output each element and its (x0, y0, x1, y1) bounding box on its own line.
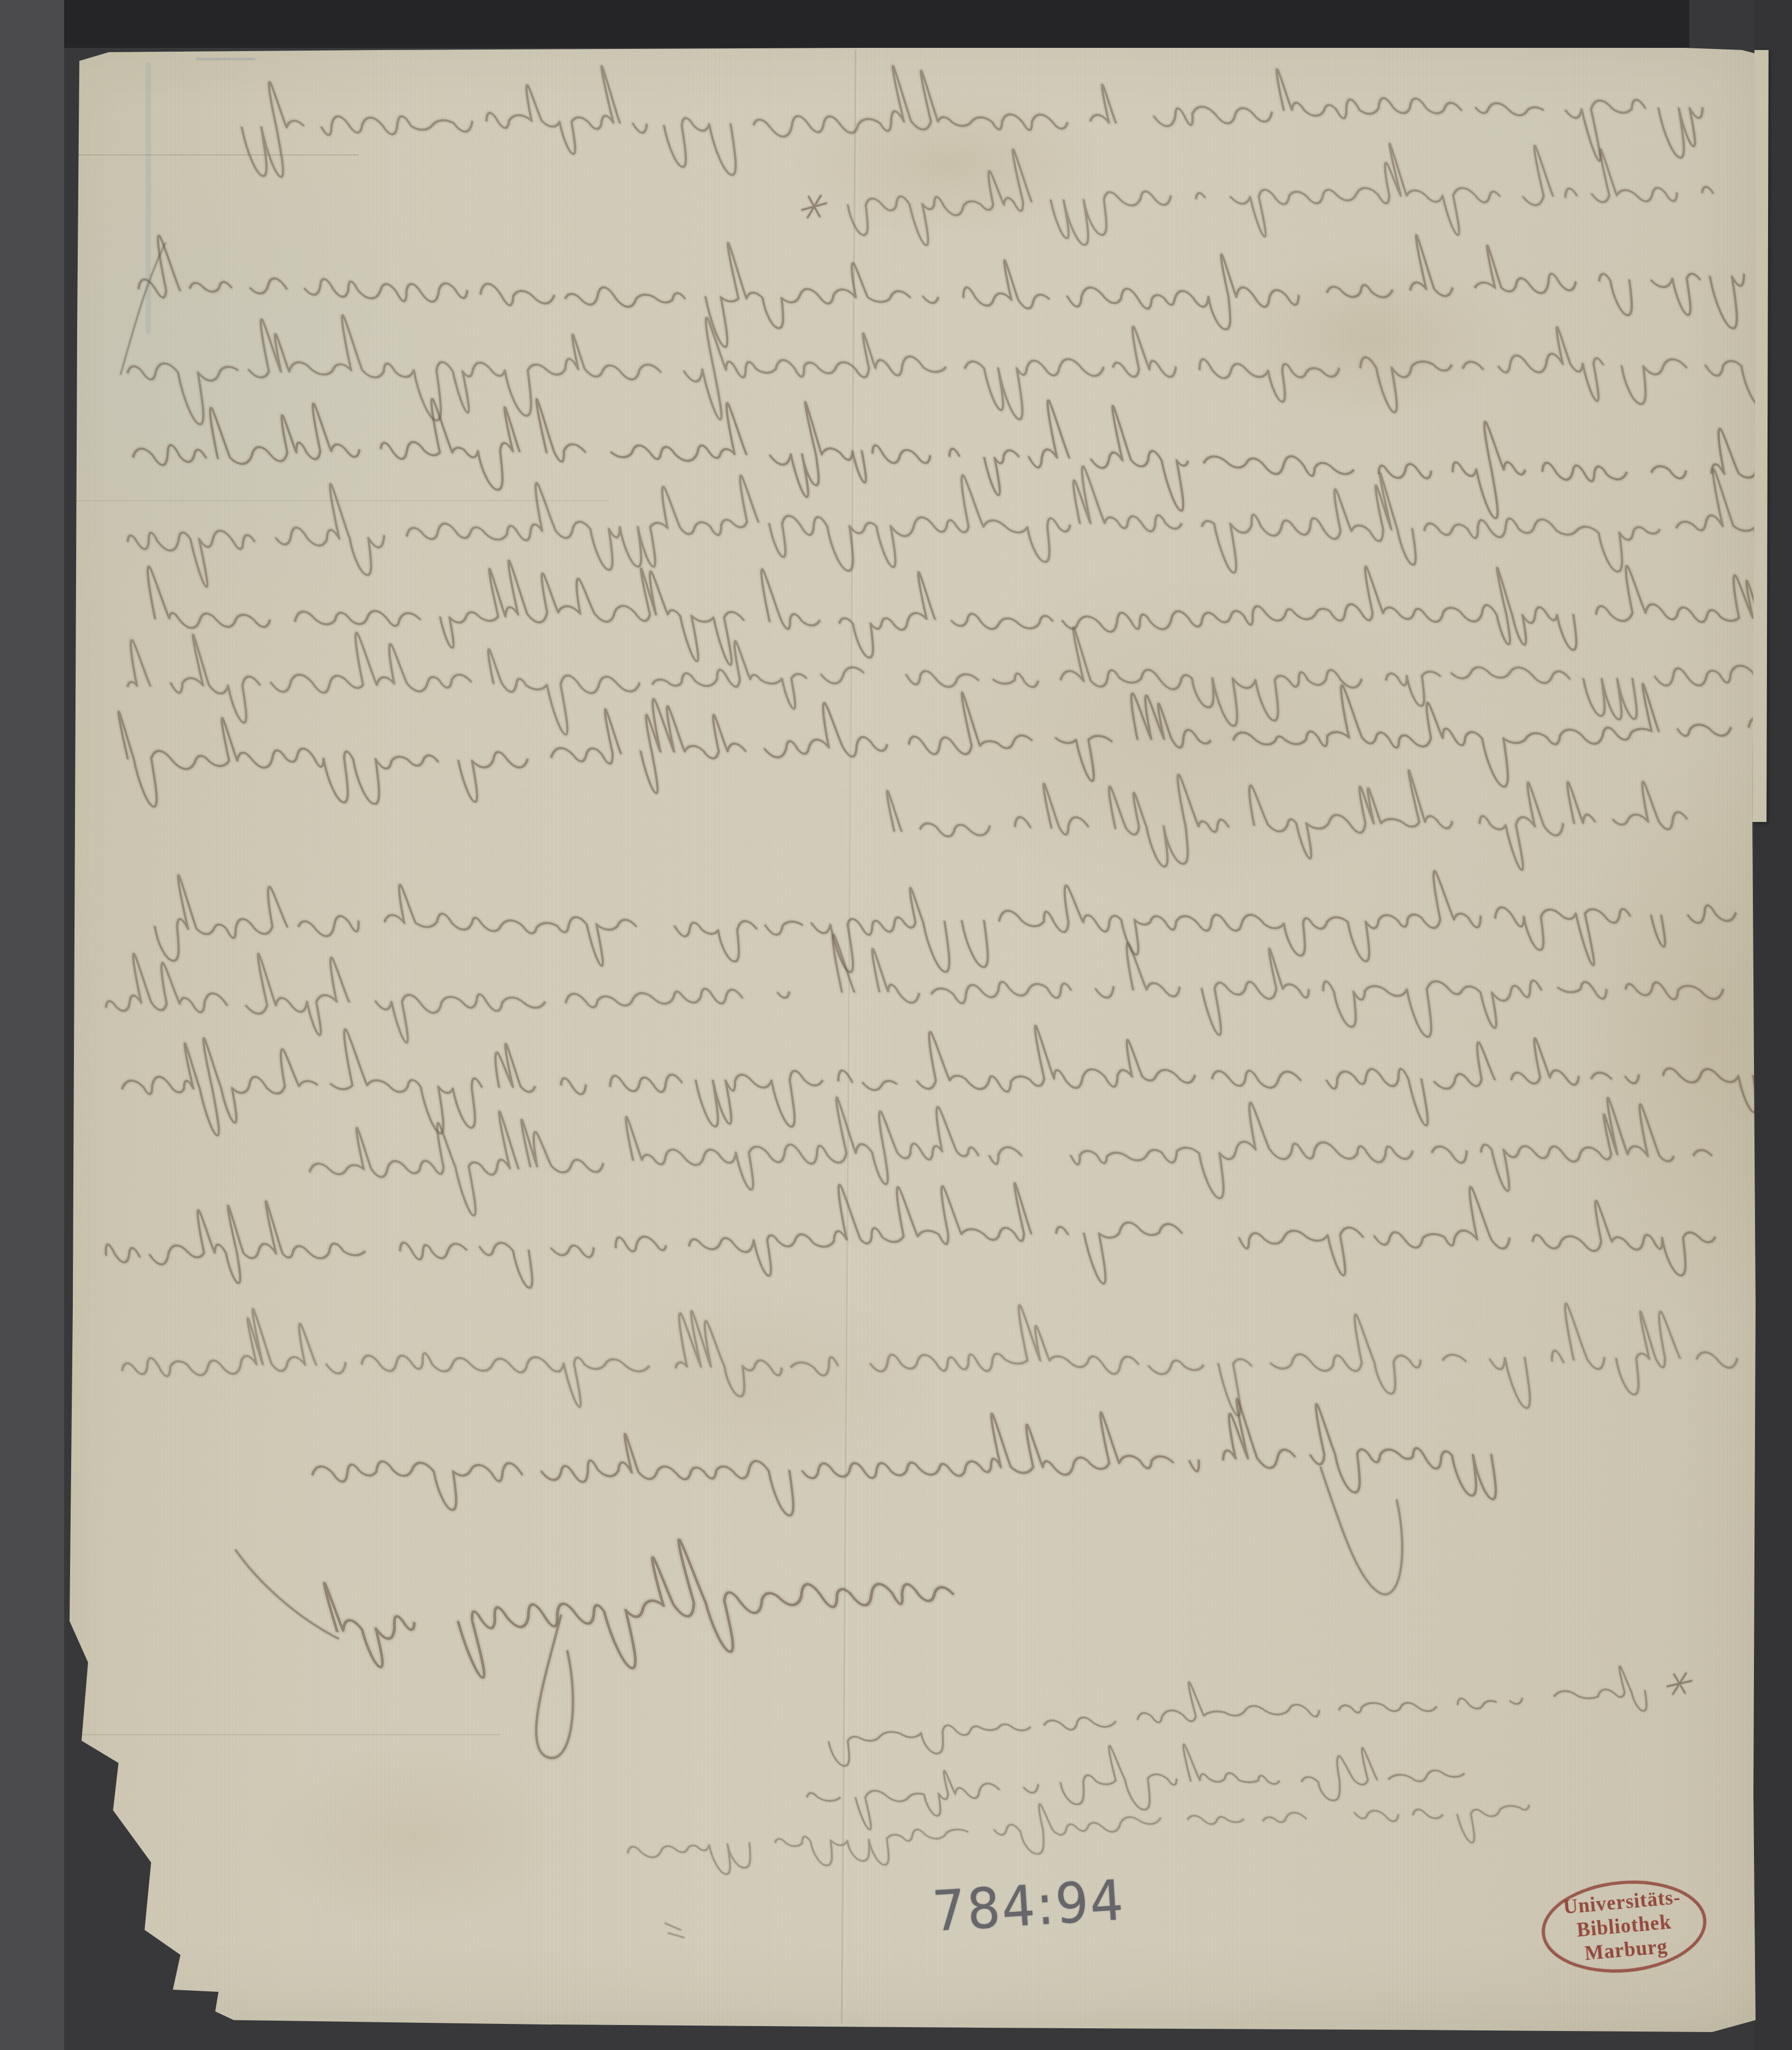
scan-photograph: 784:94 Universitäts- Bibliothek Marburg (0, 0, 1792, 2050)
signature-halo (316, 1522, 969, 1687)
letter-page: 784:94 Universitäts- Bibliothek Marburg (0, 0, 1792, 2050)
signature-lead-stroke (236, 1550, 338, 1638)
signature-lead-stroke-halo (236, 1550, 338, 1638)
body-p1-line-1 (126, 227, 1776, 350)
body-p1-line-1-halo (126, 227, 1776, 350)
backdrop-top-band (64, 0, 1689, 48)
greeting-line-1-halo (227, 55, 1718, 180)
body-p1-line-3 (119, 392, 1787, 525)
body-p1-line-3-halo (119, 392, 1787, 525)
footnote-line-3-halo (620, 1779, 1539, 1886)
body-p1-line-8 (879, 768, 1721, 874)
footnote-line-3 (620, 1779, 1539, 1886)
backdrop-left-strip (0, 0, 64, 2050)
body-p2-line-6 (107, 1301, 1751, 1422)
p1-opening-flourish-halo (121, 244, 165, 374)
body-p2-line-5-halo (89, 1181, 1726, 1289)
handwriting-layer (0, 0, 1792, 2050)
greeting-line-2-halo (833, 138, 1724, 248)
footnote-line-1 (816, 1656, 1653, 1767)
body-p2-line-2-halo (89, 932, 1760, 1044)
body-p2-line-5 (89, 1181, 1726, 1289)
body-p1-line-6-halo (114, 626, 1781, 736)
catalog-number: 784:94 (931, 1868, 1127, 1944)
